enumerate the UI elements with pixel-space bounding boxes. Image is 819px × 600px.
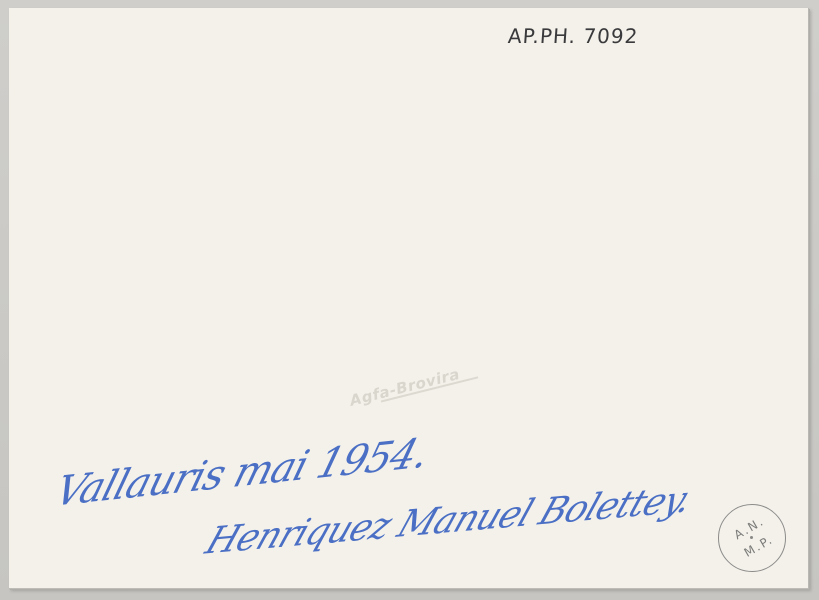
reference-number: AP.PH. 7092 [507,24,639,48]
stamp-dot [750,536,753,539]
archive-stamp: A.N. M.P. [718,504,786,572]
